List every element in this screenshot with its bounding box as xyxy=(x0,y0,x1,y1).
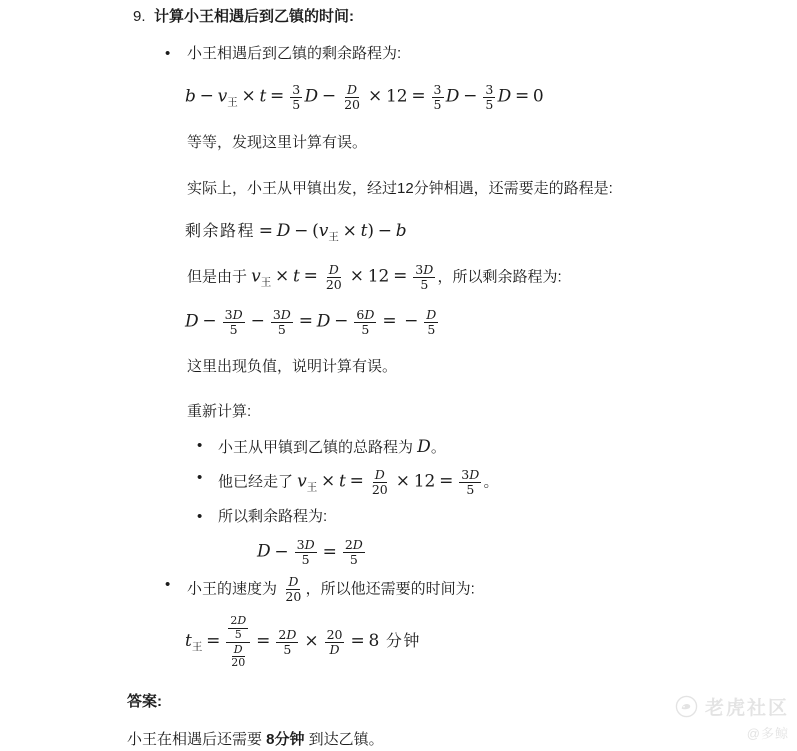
bullet-remaining-distance: • 小王相遇后到乙镇的剩余路程为: xyxy=(165,44,797,64)
watermark-header: 老虎社区 xyxy=(675,693,789,720)
math-fraction: D20 xyxy=(229,644,247,670)
math-fraction: D20 xyxy=(283,575,303,604)
formula-negative-result: D−3D5−3D5=D−6D5=−D5 xyxy=(185,308,797,337)
para-wait-error: 等等，发现这里计算有误。 xyxy=(187,133,797,153)
list-item-9: 9. 计算小王相遇后到乙镇的时间: xyxy=(133,7,797,27)
inner-bullet-remaining-text: 所以剩余路程为: xyxy=(218,507,327,527)
inner-bullet-total-distance-text: 小王从甲镇到乙镇的总路程为 D。 xyxy=(218,436,446,458)
bullet-icon: • xyxy=(165,44,187,64)
math-fraction: D20 xyxy=(370,468,390,497)
bullet-icon: • xyxy=(165,575,187,604)
math-fraction: 3D5 xyxy=(223,308,245,337)
bullet-icon: • xyxy=(197,468,218,497)
math-fraction: 3D5 xyxy=(271,308,293,337)
math-fraction: 2D5D20 xyxy=(226,614,250,670)
bullet-speed-time: • 小王的速度为 D20，所以他还需要的时间为: xyxy=(165,575,797,604)
section-title: 计算小王相遇后到乙镇的时间: xyxy=(154,7,354,27)
watermark-username: @多鲸 xyxy=(675,723,789,742)
math-fraction: 6D5 xyxy=(354,308,376,337)
bullet-icon: • xyxy=(197,507,218,527)
list-item-number: 9. xyxy=(133,7,154,27)
bullet-speed-time-text: 小王的速度为 D20，所以他还需要的时间为: xyxy=(187,575,475,604)
math-fraction: 35 xyxy=(483,83,495,112)
math-fraction: 35 xyxy=(290,83,302,112)
formula-remaining-correct: D−3D5=2D5 xyxy=(257,538,797,567)
bullet-icon: • xyxy=(197,436,218,458)
inner-bullet-distance-walked-text: 他已经走了 v王×t=D20×12=3D5。 xyxy=(218,468,499,497)
math-fraction: D20 xyxy=(324,263,344,292)
bullet-remaining-distance-text: 小王相遇后到乙镇的剩余路程为: xyxy=(187,44,401,64)
math-fraction: 3D5 xyxy=(295,538,317,567)
para-actually: 实际上，小王从甲镇出发，经过12分钟相遇，还需要走的路程是: xyxy=(187,179,797,199)
math-fraction: 2D5 xyxy=(343,538,365,567)
watermark: 老虎社区 @多鲸 xyxy=(675,693,789,742)
math-fraction: D5 xyxy=(424,308,438,337)
inner-bullet-total-distance: • 小王从甲镇到乙镇的总路程为 D。 xyxy=(197,436,797,458)
document-body: 9. 计算小王相遇后到乙镇的时间: • 小王相遇后到乙镇的剩余路程为: b−v王… xyxy=(0,0,797,749)
formula-initial-wrong: b−v王×t=35D−D20×12=35D−35D=0 xyxy=(185,83,797,112)
math-fraction: 2D5 xyxy=(228,615,248,641)
inner-bullet-remaining: • 所以剩余路程为: xyxy=(197,507,797,527)
watermark-community-name: 老虎社区 xyxy=(705,693,789,720)
math-fraction: 3D5 xyxy=(459,468,481,497)
math-fraction: 35 xyxy=(432,83,444,112)
page: 9. 计算小王相遇后到乙镇的时间: • 小王相遇后到乙镇的剩余路程为: b−v王… xyxy=(0,0,797,751)
para-recalculate: 重新计算: xyxy=(187,402,797,422)
inner-bullet-list: • 小王从甲镇到乙镇的总路程为 D。 • 他已经走了 v王×t=D20×12=3… xyxy=(197,436,797,568)
formula-final-time: t王=2D5D20=2D5×20D=8 分钟 xyxy=(185,614,797,670)
inner-bullet-distance-walked: • 他已经走了 v王×t=D20×12=3D5。 xyxy=(197,468,797,497)
formula-remaining-definition: 剩余路程=D−(v王×t)−b xyxy=(185,220,797,245)
outer-bullet-list: • 小王相遇后到乙镇的剩余路程为: b−v王×t=35D−D20×12=35D−… xyxy=(165,44,797,671)
tiger-community-logo-icon xyxy=(675,695,698,718)
para-negative-value: 这里出现负值，说明计算有误。 xyxy=(187,357,797,377)
para-however-inline-math: 但是由于 v王×t=D20×12=3D5，所以剩余路程为: xyxy=(187,263,797,292)
math-fraction: 20D xyxy=(325,628,345,657)
math-fraction: 2D5 xyxy=(276,628,298,657)
math-fraction: D20 xyxy=(342,83,362,112)
math-fraction: 3D5 xyxy=(413,263,435,292)
